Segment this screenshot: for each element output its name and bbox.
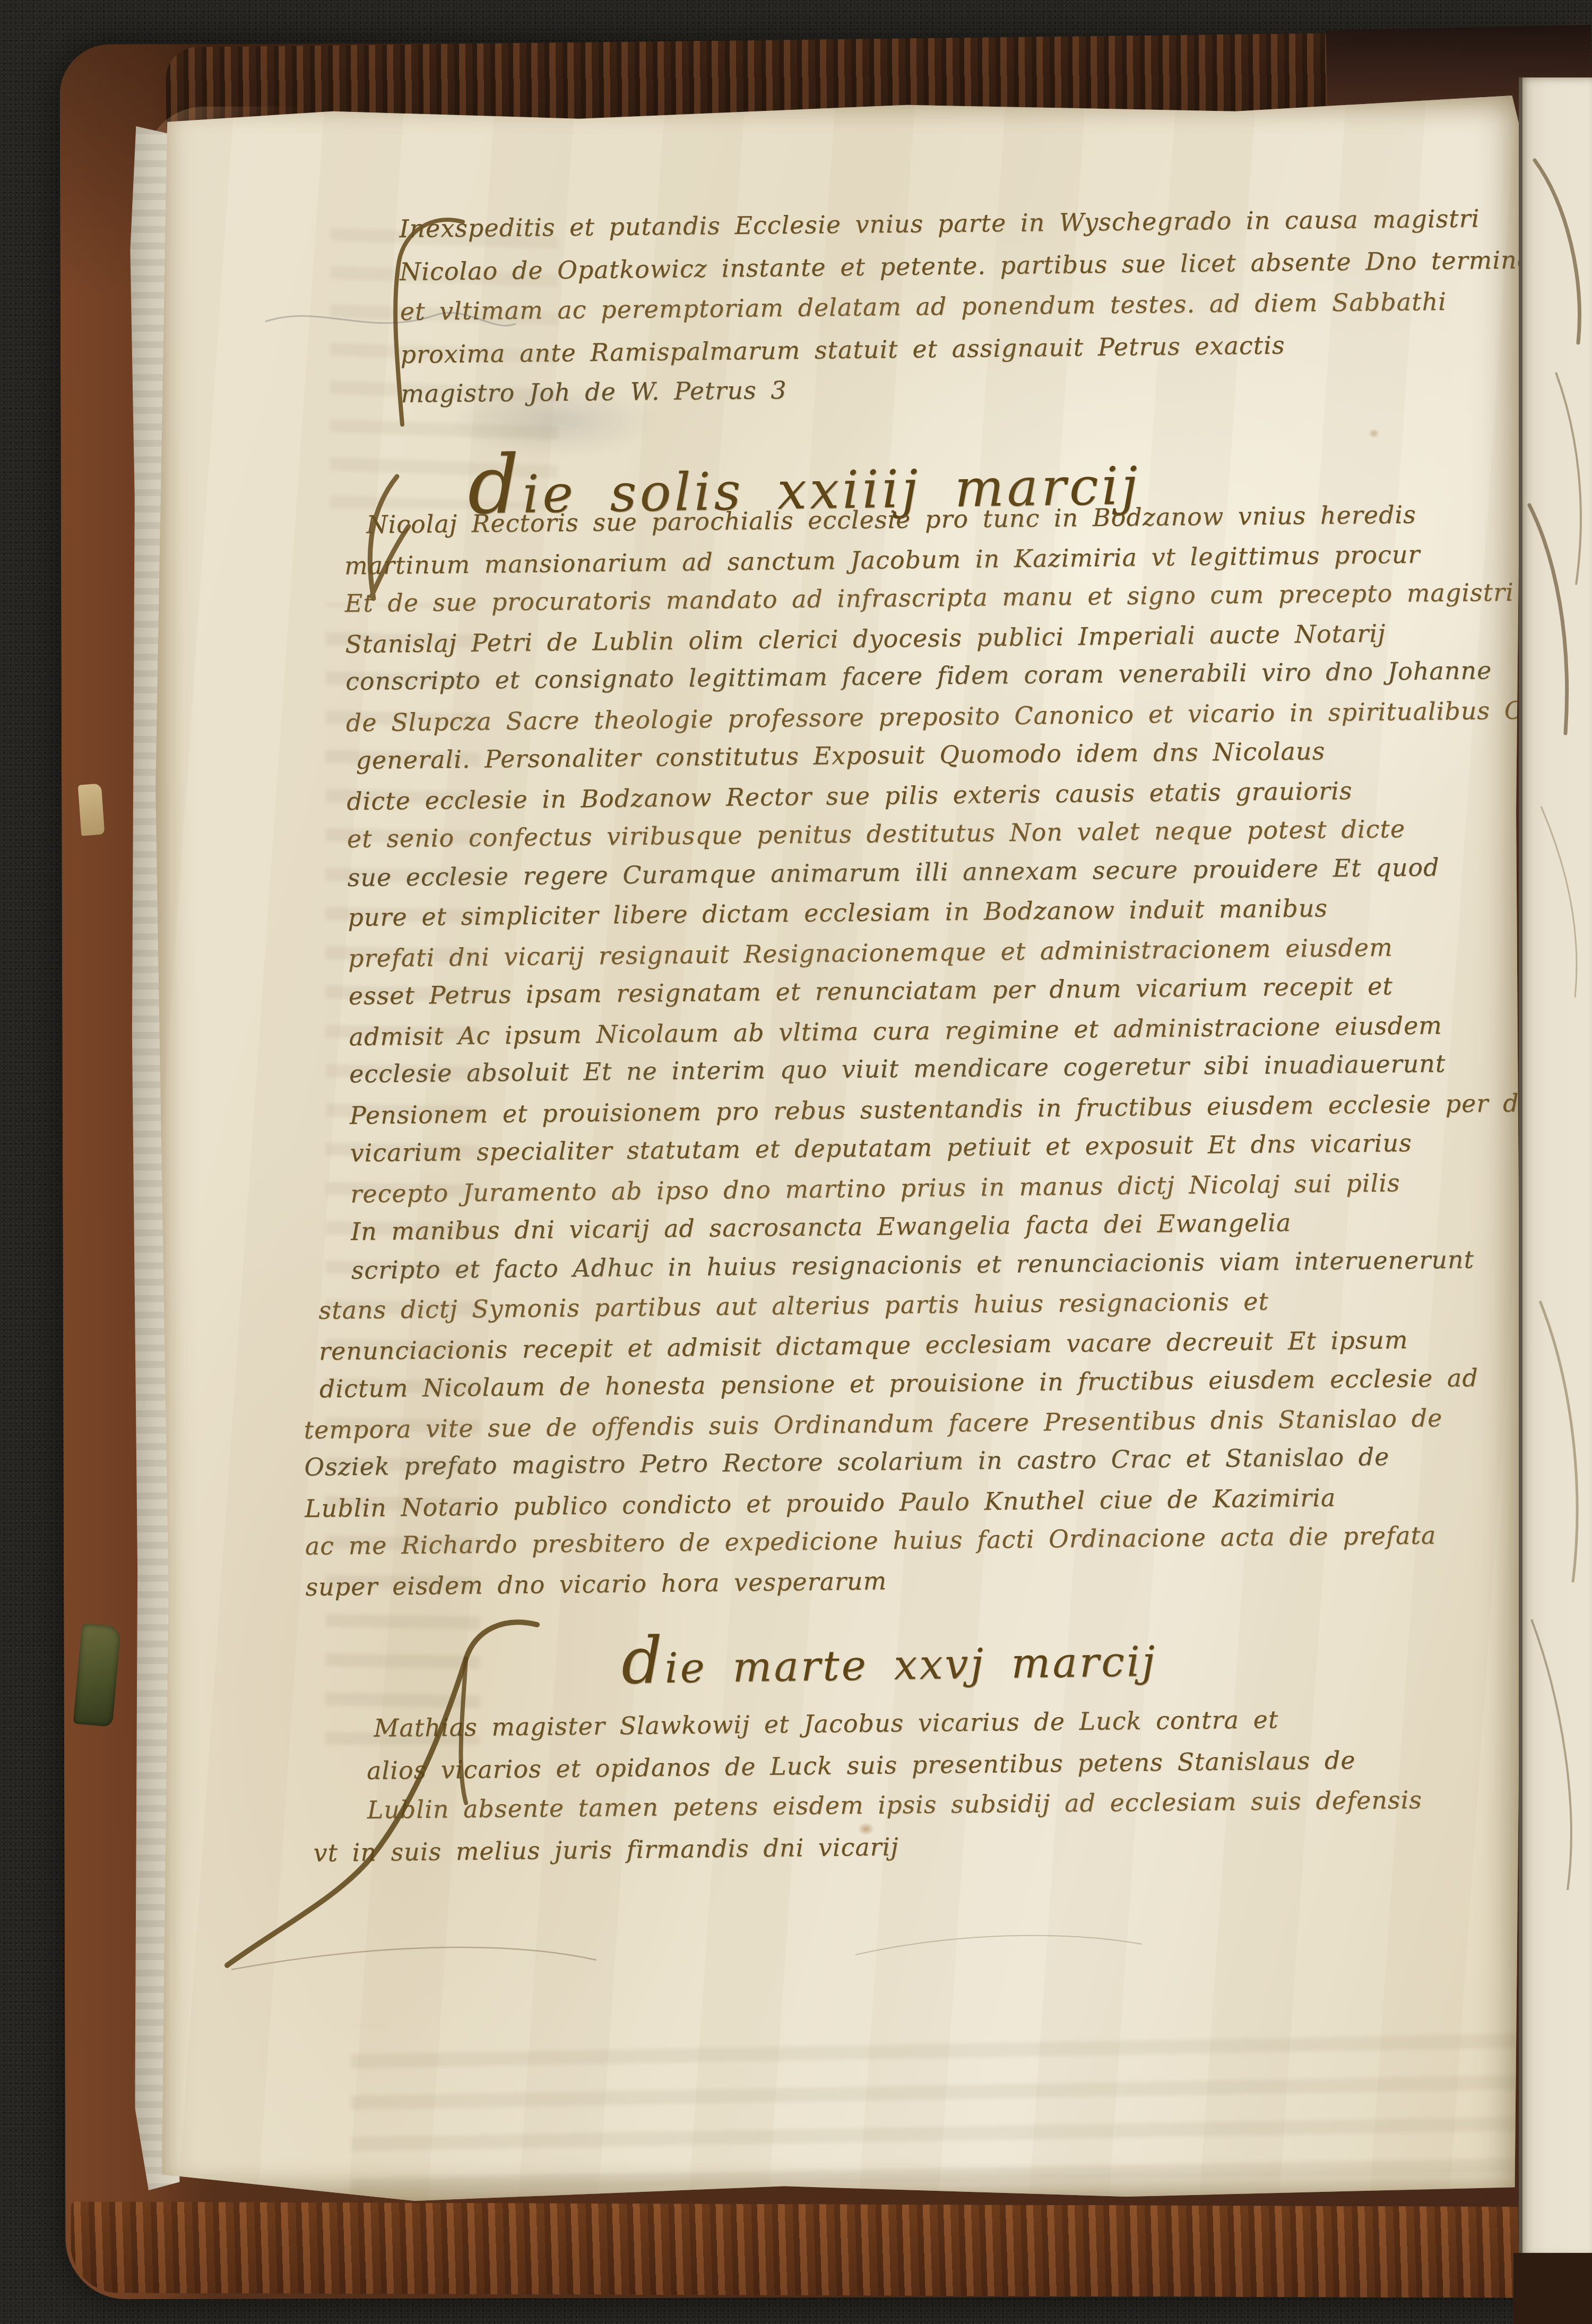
ink-showthrough — [326, 604, 480, 1745]
manuscript-line: recepto Juramento ab ipso dno martino pr… — [350, 1167, 1570, 1219]
gutter-shadow-line — [1519, 77, 1522, 2257]
paper-sliver — [78, 784, 105, 836]
manuscript-line: Nicolaj Rectoris sue parochialis ecclesi… — [366, 499, 1563, 550]
manuscript-line: Pensionem et prouisionem pro rebus suste… — [350, 1088, 1569, 1140]
date-heading-tuesday-26-march: die marte xxvj marcij — [621, 1616, 1157, 1698]
manuscript-line: Osziek prefato magistro Petro Rectore sc… — [304, 1441, 1572, 1492]
manuscript-line: vt in suis melius juris firmandis dni vi… — [313, 1827, 1423, 1879]
manuscript-line: In manibus dni vicarij ad sacrosancta Ew… — [351, 1206, 1570, 1256]
manuscript-line: Mathias magister Slawkowij et Jacobus vi… — [374, 1704, 1422, 1755]
ink-stain — [854, 1820, 878, 1838]
court-entry-text: Nicolaj Rectoris sue parochialis ecclesi… — [344, 499, 1573, 1610]
manuscript-line: magistro Joh de W. Petrus 3 — [401, 368, 1534, 420]
manuscript-line: admisit Ac ipsum Nicolaum ab vltima cura… — [349, 1010, 1568, 1062]
manuscript-line: et vltimam ac peremptoriam delatam ad po… — [400, 287, 1533, 339]
manuscript-line: generali. Personaliter constitutus Expos… — [356, 734, 1565, 785]
manuscript-line: Lublin Notario publico condicto et proui… — [305, 1481, 1573, 1533]
manuscript-line: dictum Nicolaum de honesta pensione et p… — [319, 1363, 1572, 1414]
manuscript-line: ac me Richardo presbitero de expedicione… — [305, 1520, 1573, 1571]
date-heading-sunday-24-march: die solis xxiiij marcij — [467, 429, 1141, 532]
manuscript-page: Inexspeditis et putandis Ecclesie vnius … — [155, 94, 1523, 2202]
manuscript-line: renunciacionis recepit et admisit dictam… — [319, 1324, 1571, 1376]
manuscript-line: Inexspeditis et putandis Ecclesie vnius … — [399, 204, 1532, 256]
manuscript-line: pure et simpliciter libere dictam eccles… — [348, 891, 1567, 942]
ink-showthrough — [330, 222, 558, 508]
manuscript-line: de Slupcza Sacre theologie professore pr… — [346, 696, 1565, 748]
manuscript-line: sue ecclesie regere Curamque animarum il… — [347, 852, 1567, 903]
leather-corner-bottom-right — [1513, 2253, 1592, 2324]
second-entry-text: Mathias magister Slawkowij et Jacobus vi… — [366, 1704, 1423, 1877]
pencil-smudge — [404, 370, 702, 471]
manuscript-line: super eisdem dno vicario hora vesperarum — [305, 1559, 1573, 1612]
manuscript-line: Lublin absente tamen petens eisdem ipsis… — [367, 1785, 1422, 1836]
manuscript-line: martinum mansionarium ad sanctum Jacobum… — [344, 539, 1564, 591]
manuscript-line: stans dictj Symonis partibus aut alteriu… — [318, 1284, 1571, 1336]
manuscript-line: ecclesie absoluit Et ne interim quo viui… — [349, 1048, 1569, 1099]
manuscript-line: alios vicarios et opidanos de Luck suis … — [367, 1745, 1422, 1797]
manuscript-line: dicte ecclesie in Bodzanow Rector sue pi… — [347, 774, 1566, 826]
manuscript-line: vicarium specialiter statutam et deputat… — [350, 1127, 1569, 1178]
manuscript-line: esset Petrus ipsam resignatam et renunci… — [349, 970, 1568, 1021]
manuscript-line: proxima ante Ramispalmarum statuit et as… — [400, 328, 1533, 381]
manuscript-line: prefati dni vicarij resignauit Resignaci… — [348, 931, 1568, 983]
manuscript-line: et senio confectus viribusque penitus de… — [347, 813, 1567, 864]
manuscript-line: conscripto et consignato legittimam face… — [345, 655, 1565, 706]
ink-stain — [1366, 427, 1382, 440]
manuscript-line: scripto et facto Adhuc in huius resignac… — [351, 1244, 1570, 1295]
intro-paragraph: Inexspeditis et putandis Ecclesie vnius … — [399, 204, 1534, 421]
manuscript-line: tempora vite sue de offendis suis Ordina… — [304, 1402, 1572, 1455]
manuscript-line: Nicolao de Opatkowicz instante et petent… — [400, 245, 1533, 299]
manuscript-line: Stanislaj Petri de Lublin olim clerici d… — [345, 617, 1564, 669]
manuscript-line: Et de sue procuratoris mandato ad infras… — [344, 577, 1564, 628]
facing-page-strip — [1519, 77, 1592, 2257]
